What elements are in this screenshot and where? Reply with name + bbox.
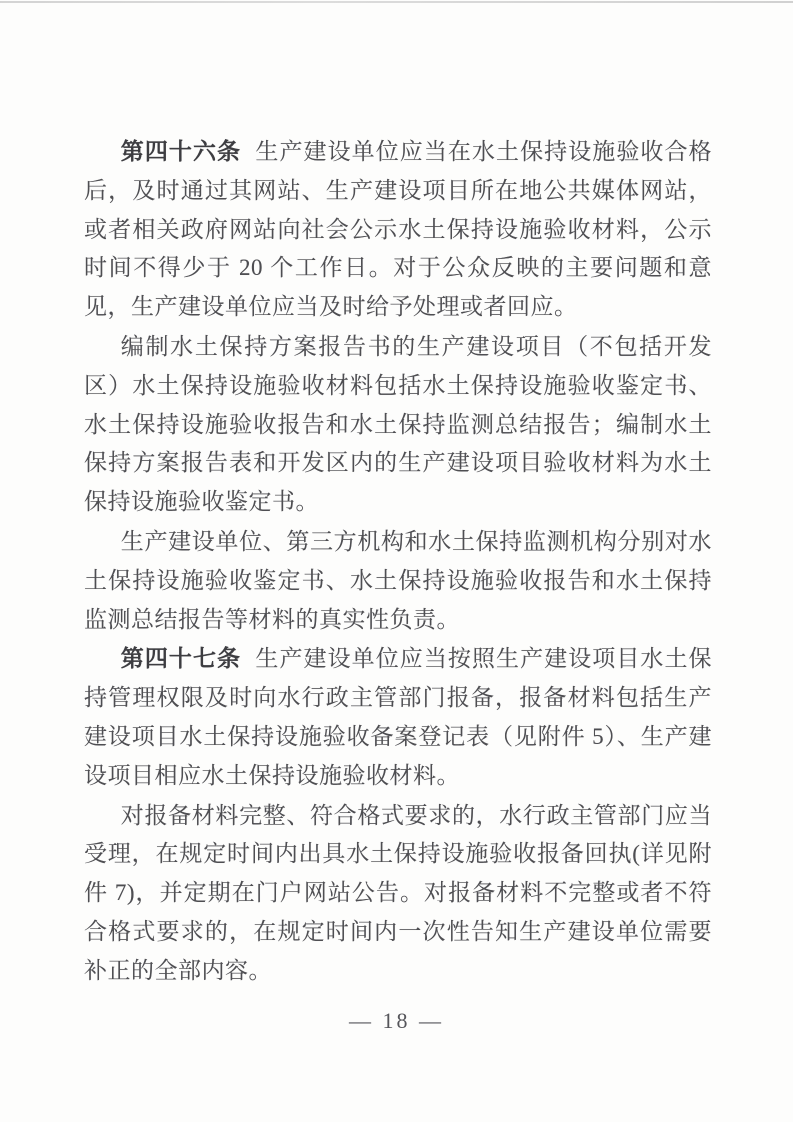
page-number: — 18 — (0, 1006, 793, 1036)
scan-artifact-line (0, 1, 793, 3)
paragraph-text: 对报备材料完整、符合格式要求的，水行政主管部门应当受理，在规定时间内出具水土保持… (84, 803, 712, 983)
paragraph-text: 生产建设单位、第三方机构和水土保持监测机构分别对水土保持设施验收鉴定书、水土保持… (84, 529, 712, 632)
article-46-number: 第四十六条 (121, 138, 241, 164)
paragraph-report-book-scope: 编制水土保持方案报告书的生产建设项目（不包括开发区）水土保持设施验收材料包括水土… (84, 327, 712, 522)
paragraph-article-46: 第四十六条生产建设单位应当在水土保持设施验收合格后，及时通过其网站、生产建设项目… (84, 132, 712, 327)
article-47-number: 第四十七条 (121, 645, 241, 671)
document-body: 第四十六条生产建设单位应当在水土保持设施验收合格后，及时通过其网站、生产建设项目… (84, 132, 712, 991)
paragraph-article-47: 第四十七条生产建设单位应当按照生产建设项目水土保持管理权限及时向水行政主管部门报… (84, 639, 712, 795)
paragraph-text: 编制水土保持方案报告书的生产建设项目（不包括开发区）水土保持设施验收材料包括水土… (84, 334, 712, 514)
paragraph-responsibility: 生产建设单位、第三方机构和水土保持监测机构分别对水土保持设施验收鉴定书、水土保持… (84, 522, 712, 639)
document-page: 第四十六条生产建设单位应当在水土保持设施验收合格后，及时通过其网站、生产建设项目… (0, 0, 793, 1122)
paragraph-text: 生产建设单位应当在水土保持设施验收合格后，及时通过其网站、生产建设项目所在地公共… (84, 139, 712, 319)
paragraph-filing-review: 对报备材料完整、符合格式要求的，水行政主管部门应当受理，在规定时间内出具水土保持… (84, 796, 712, 991)
